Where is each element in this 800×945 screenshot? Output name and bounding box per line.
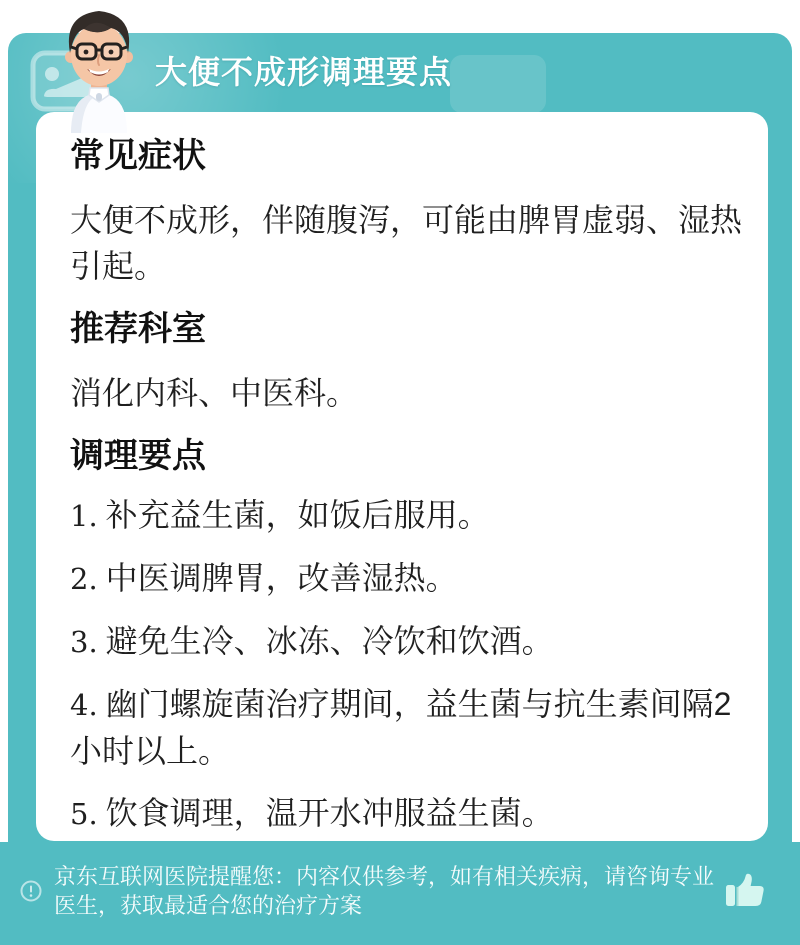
page: 大便不成形调理要点 常见症状 大便不成形，伴随腹泻，可能由脾胃虚弱、湿热引起。 …	[0, 0, 800, 945]
list-item-text: 避免生冷、冰冻、冷饮和饮酒。	[106, 623, 554, 659]
list-item: 4.幽门螺旋菌治疗期间，益生菌与抗生素间隔2小时以上。	[70, 681, 754, 774]
consultation-summary-panel: 大便不成形调理要点 常见症状 大便不成形，伴随腹泻，可能由脾胃虚弱、湿热引起。 …	[8, 33, 792, 945]
list-item-text: 补充益生菌，如饭后服用。	[106, 497, 490, 533]
list-item: 5.饮食调理，温开水冲服益生菌。	[70, 790, 754, 837]
disclaimer-text: 京东互联网医院提醒您：内容仅供参考，如有相关疾病，请咨询专业医生，获取最适合您的…	[54, 862, 722, 920]
list-item-number: 5.	[70, 797, 98, 831]
symptoms-text: 大便不成形，伴随腹泻，可能由脾胃虚弱、湿热引起。	[70, 197, 754, 289]
section-heading-department: 推荐科室	[70, 309, 754, 350]
page-title: 大便不成形调理要点	[155, 33, 452, 112]
section-heading-symptoms: 常见症状	[70, 136, 754, 177]
list-item: 2.中医调脾胃，改善湿热。	[70, 555, 754, 602]
list-item-text: 饮食调理，温开水冲服益生菌。	[106, 795, 554, 831]
list-item: 1.补充益生菌，如饭后服用。	[70, 492, 754, 539]
doctor-avatar	[53, 3, 145, 133]
thumbs-up-icon[interactable]	[724, 872, 766, 910]
list-item-number: 2.	[70, 562, 98, 596]
department-text: 消化内科、中医科。	[70, 370, 754, 416]
list-item-text: 幽门螺旋菌治疗期间，益生菌与抗生素间隔2小时以上。	[70, 686, 731, 769]
list-item-text: 中医调脾胃，改善湿热。	[106, 560, 458, 596]
header-decoration	[450, 55, 546, 113]
disclaimer-footer: 京东互联网医院提醒您：内容仅供参考，如有相关疾病，请咨询专业医生，获取最适合您的…	[0, 842, 800, 945]
header: 大便不成形调理要点	[8, 33, 792, 112]
list-item-number: 1.	[70, 499, 98, 533]
list-item-number: 4.	[70, 688, 98, 722]
content-card: 常见症状 大便不成形，伴随腹泻，可能由脾胃虚弱、湿热引起。 推荐科室 消化内科、…	[36, 112, 768, 841]
list-item: 3.避免生冷、冰冻、冷饮和饮酒。	[70, 618, 754, 665]
list-item-number: 3.	[70, 625, 98, 659]
section-heading-key-points: 调理要点	[70, 436, 754, 477]
alert-circle-icon	[20, 880, 42, 902]
